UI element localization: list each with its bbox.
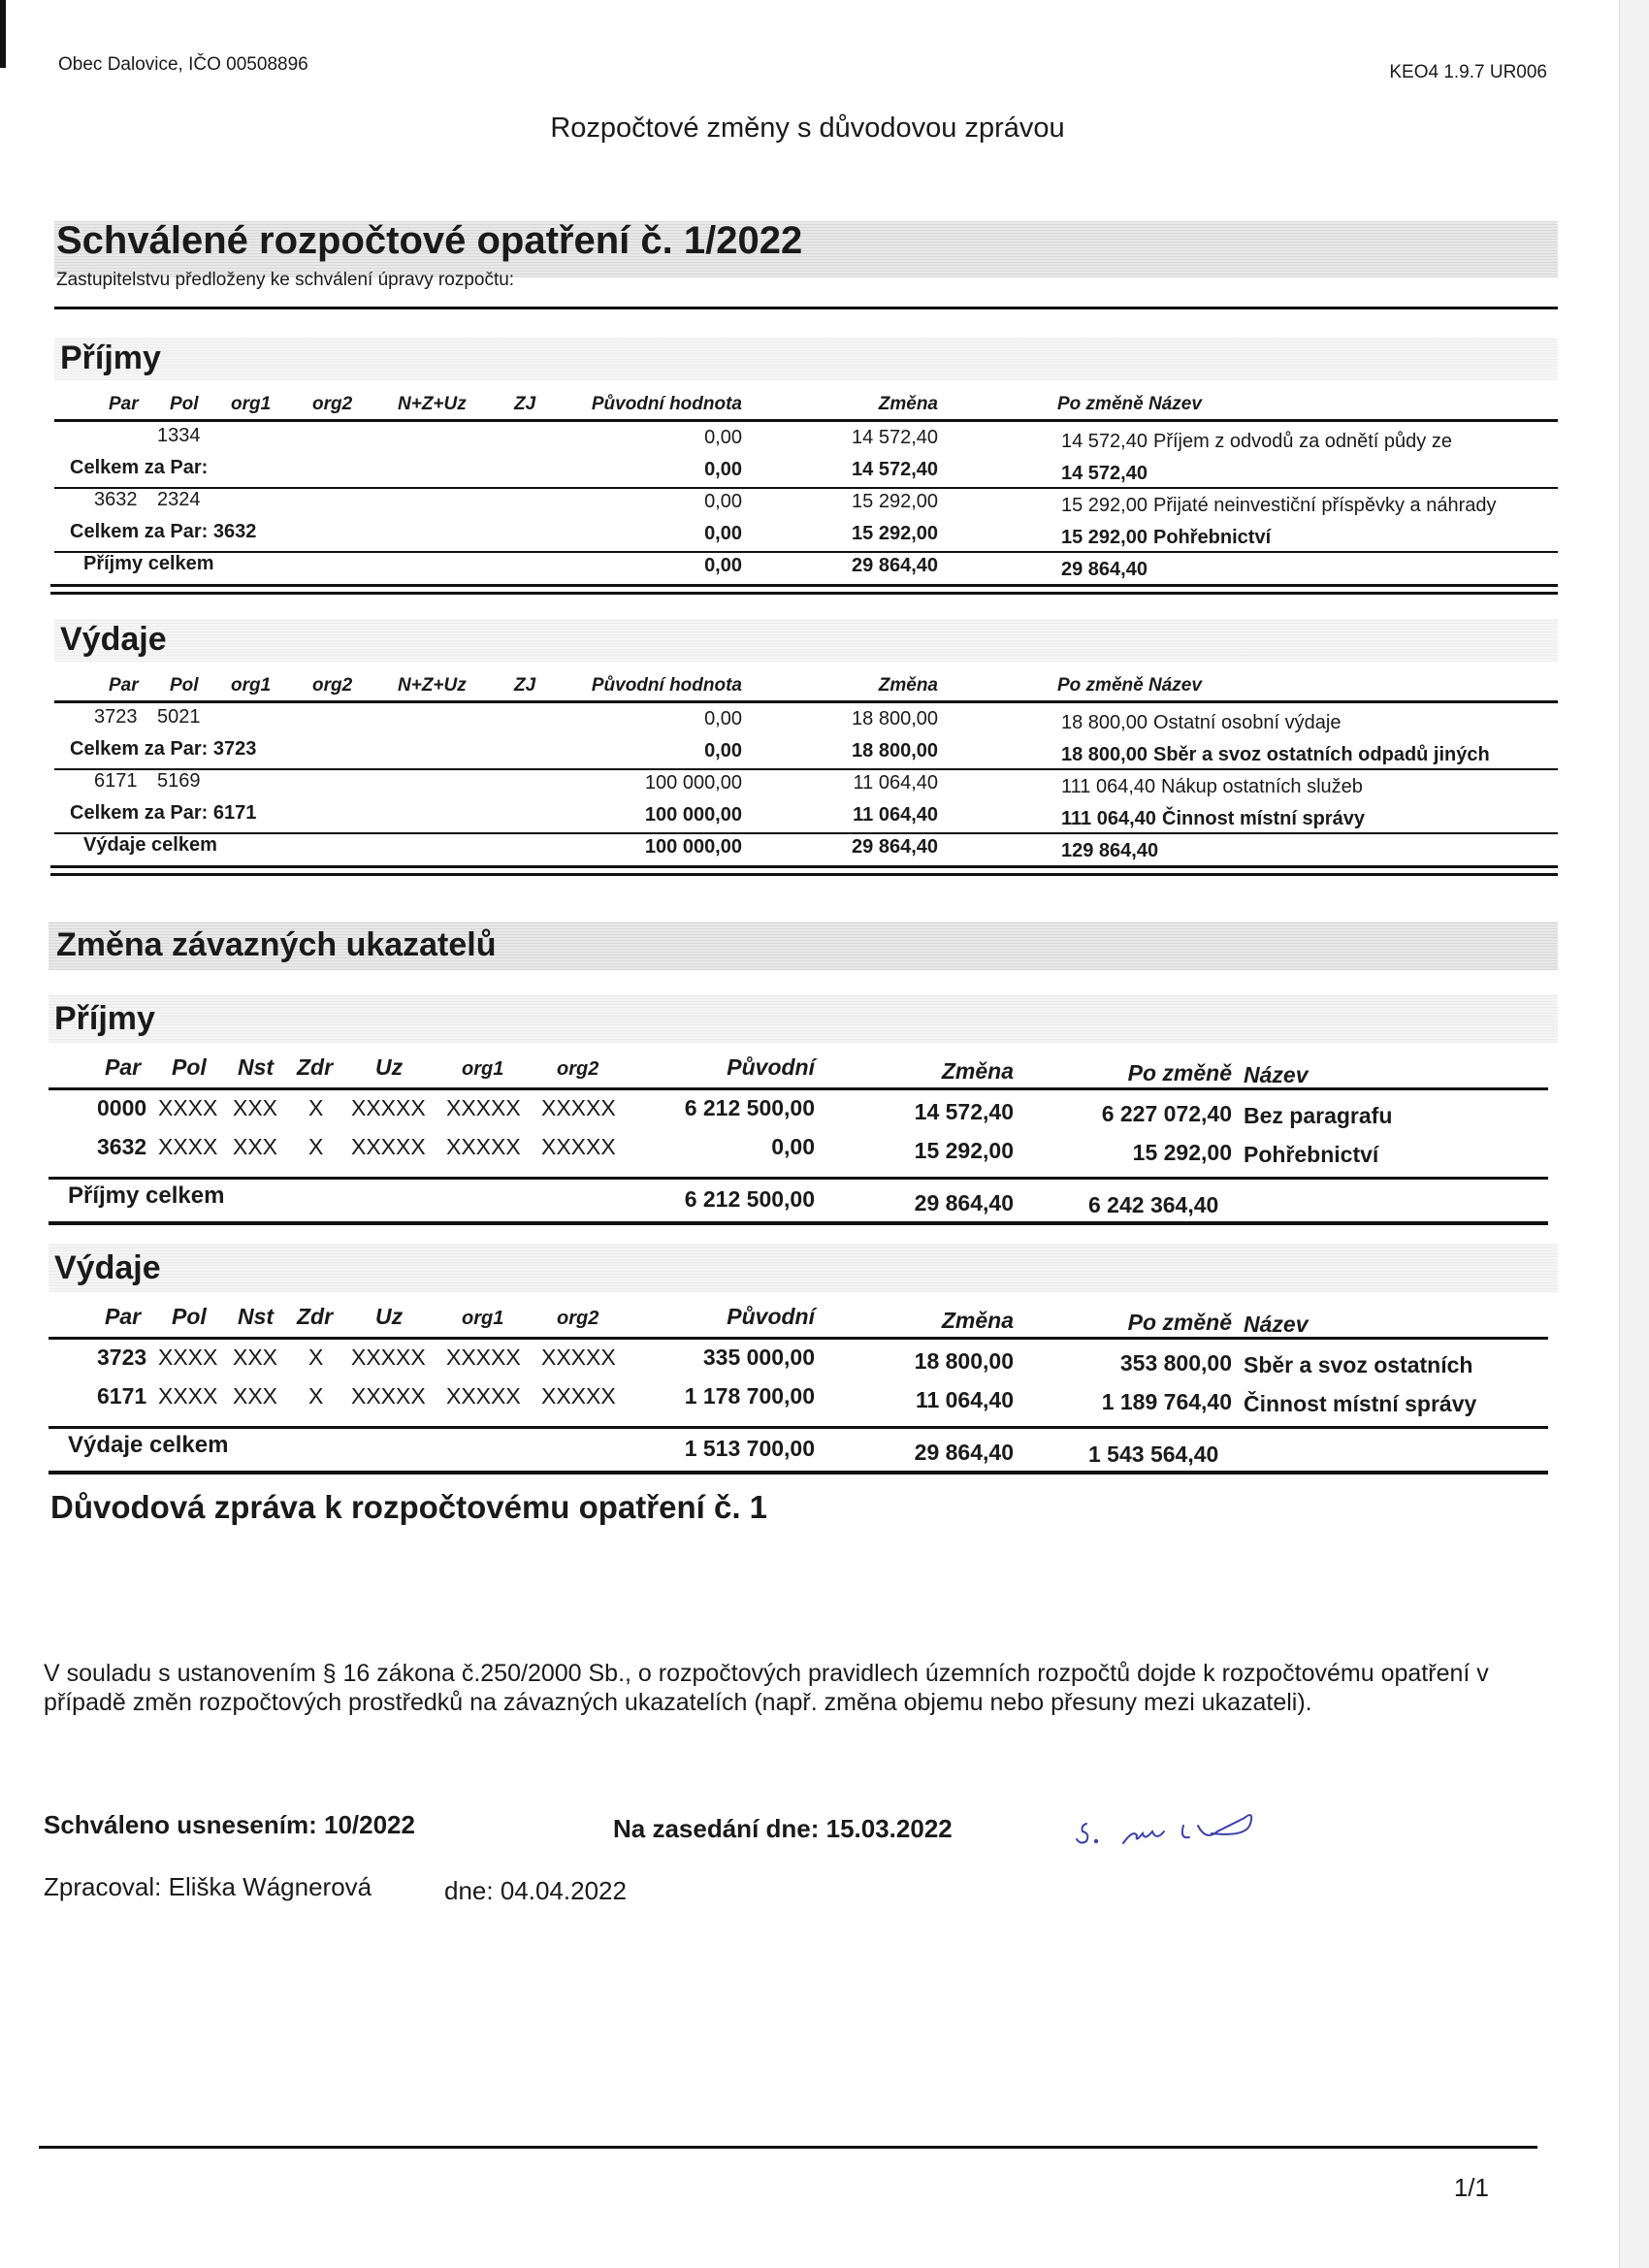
cell-original: 0,00 <box>543 740 742 762</box>
total-label: Výdaje celkem <box>83 834 217 857</box>
cell-org1: XXXXX <box>446 1383 521 1409</box>
meeting-date: Na zasedání dne: 15.03.2022 <box>613 1814 953 1844</box>
total-label: Výdaje celkem <box>68 1432 228 1459</box>
cell-pol: XXXX <box>158 1095 217 1121</box>
cell-original: 100 000,00 <box>543 772 742 794</box>
cell-org1: XXXXX <box>446 1345 521 1371</box>
column-header-name: Název <box>1244 1062 1308 1088</box>
column-header-par: Par <box>105 1054 141 1081</box>
cell-pol: 5021 <box>157 706 201 729</box>
table-rule <box>48 1471 1548 1474</box>
report-paragraph: V souladu s ustanovením § 16 zákona č.25… <box>44 1659 1537 1717</box>
cell-name: Sběr a svoz ostatních <box>1244 1352 1472 1378</box>
cell-par: 3632 <box>97 1134 146 1160</box>
cell-zdr: X <box>308 1095 323 1121</box>
cell-after: 14 572,40 <box>1061 463 1148 485</box>
cell-after: 111 064,40 <box>1061 808 1156 830</box>
table-rule <box>54 768 1558 770</box>
cell-nst: XXX <box>233 1134 277 1160</box>
cell-par: 6171 <box>94 770 138 793</box>
column-header-org2: org2 <box>557 1308 598 1330</box>
cell-change: 18 800,00 <box>834 1348 1014 1375</box>
signature-icon <box>1067 1797 1300 1860</box>
cell-after: 15 292,00 <box>1028 1140 1232 1166</box>
cell-org2: XXXXX <box>541 1134 616 1160</box>
total-change: 29 864,40 <box>757 836 938 859</box>
table-rule <box>54 487 1558 489</box>
measure-title: Schválené rozpočtové opatření č. 1/2022 <box>56 219 802 263</box>
total-change: 29 864,40 <box>757 555 938 577</box>
cell-change: 15 292,00 <box>834 1138 1014 1164</box>
cell-change: 15 292,00 <box>757 523 938 545</box>
cell-name: Nákup ostatních služeb <box>1161 776 1363 798</box>
prepared-date: dne: 04.04.2022 <box>444 1876 627 1906</box>
page-number: 1/1 <box>1454 2173 1489 2203</box>
heading-band <box>54 619 1558 662</box>
divider <box>54 307 1558 309</box>
cell-name: Činnost místní správy <box>1244 1391 1476 1417</box>
subtotal-label: Celkem za Par: 6171 <box>70 802 256 825</box>
approved-by: Schváleno usnesením: 10/2022 <box>44 1810 415 1840</box>
cell-original: 0,00 <box>543 708 742 730</box>
cell-org2: XXXXX <box>541 1345 616 1371</box>
total-original: 1 513 700,00 <box>621 1436 815 1462</box>
cell-zdr: X <box>308 1134 323 1160</box>
cell-uz: XXXXX <box>351 1134 426 1160</box>
column-header-change: Změna <box>757 394 938 415</box>
column-header-original: Původní <box>621 1054 815 1081</box>
cell-original: 0,00 <box>543 523 742 545</box>
cell-original: 0,00 <box>543 427 742 449</box>
cell-nst: XXX <box>233 1345 277 1371</box>
column-header-pol: Pol <box>172 1304 207 1330</box>
cell-par: 3723 <box>94 706 138 729</box>
column-header-zdr: Zdr <box>297 1054 333 1081</box>
total-after: 29 864,40 <box>1061 559 1148 581</box>
cell-par: 3632 <box>94 489 138 511</box>
column-header-par: Par <box>105 1304 141 1330</box>
total-original: 100 000,00 <box>543 836 742 859</box>
cell-original: 100 000,00 <box>543 804 742 826</box>
column-header-nst: Nst <box>238 1054 274 1081</box>
column-header-par: Par <box>109 394 139 415</box>
organization: Obec Dalovice, IČO 00508896 <box>58 54 308 76</box>
column-header-pol: Pol <box>170 394 199 415</box>
column-header-nst: Nst <box>238 1304 274 1330</box>
cell-name: Příjem z odvodů za odnětí půdy ze <box>1153 431 1452 453</box>
table-rule <box>48 1177 1548 1180</box>
cell-original: 0,00 <box>543 491 742 513</box>
cell-change: 15 292,00 <box>757 491 938 513</box>
cell-org1: XXXXX <box>446 1095 521 1121</box>
section-heading: Příjmy <box>54 1000 155 1038</box>
cell-uz: XXXXX <box>351 1383 426 1409</box>
column-header-after-name: Po změně Název <box>1057 394 1202 415</box>
cell-change: 18 800,00 <box>757 740 938 762</box>
cell-change: 11 064,40 <box>757 804 938 826</box>
cell-change: 11 064,40 <box>757 772 938 794</box>
cell-pol: 1334 <box>157 425 201 447</box>
subtotal-label: Celkem za Par: 3723 <box>70 738 256 761</box>
table-rule <box>54 832 1558 834</box>
cell-zdr: X <box>308 1345 323 1371</box>
table-rule <box>50 865 1558 868</box>
column-header-org1: org1 <box>462 1058 503 1081</box>
column-header-uz: Uz <box>375 1054 403 1081</box>
cell-change: 14 572,40 <box>834 1099 1014 1125</box>
cell-pol: XXXX <box>158 1383 217 1409</box>
column-header-par: Par <box>109 675 139 697</box>
table-rule <box>48 1087 1548 1090</box>
scan-edge <box>1619 0 1649 2268</box>
cell-original: 335 000,00 <box>621 1345 815 1371</box>
subtotal-label: Celkem za Par: <box>70 457 208 479</box>
total-after: 1 543 564,40 <box>1088 1442 1218 1468</box>
total-original: 0,00 <box>543 555 742 577</box>
cell-pol: 2324 <box>157 489 201 511</box>
column-header-original: Původní <box>621 1304 815 1330</box>
cell-change: 14 572,40 <box>757 459 938 481</box>
column-header-uz: Uz <box>375 1304 403 1330</box>
cell-after: 353 800,00 <box>1028 1350 1232 1377</box>
column-header-original: Původní hodnota <box>543 394 742 415</box>
cell-name: Přijaté neinvestiční příspěvky a náhrady <box>1153 495 1497 517</box>
cell-change: 11 064,40 <box>834 1387 1014 1413</box>
column-header-org1: org1 <box>462 1308 503 1330</box>
column-header-original: Původní hodnota <box>543 675 742 697</box>
cell-name: Pohřebnictví <box>1153 527 1271 549</box>
total-original: 6 212 500,00 <box>621 1186 815 1213</box>
table-rule <box>50 592 1558 595</box>
cell-original: 6 212 500,00 <box>621 1095 815 1121</box>
cell-nst: XXX <box>233 1383 277 1409</box>
cell-name: Pohřebnictví <box>1244 1142 1378 1168</box>
table-rule <box>54 551 1558 553</box>
document-title: Rozpočtové změny s důvodovou zprávou <box>0 113 1615 145</box>
total-change: 29 864,40 <box>834 1190 1014 1216</box>
cell-name: Ostatní osobní výdaje <box>1153 712 1341 734</box>
column-header-change: Změna <box>834 1058 1014 1085</box>
cell-after: 15 292,00 <box>1061 527 1148 549</box>
column-header-change: Změna <box>834 1308 1014 1334</box>
cell-uz: XXXXX <box>351 1095 426 1121</box>
cell-original: 0,00 <box>621 1134 815 1160</box>
column-header-org2: org2 <box>557 1058 598 1081</box>
column-header-after: Po změně <box>1028 1310 1232 1336</box>
cell-nst: XXX <box>233 1095 277 1121</box>
cell-after: 111 064,40 <box>1061 776 1155 798</box>
cell-par: 6171 <box>97 1383 146 1409</box>
cell-pol: XXXX <box>158 1345 217 1371</box>
cell-pol: 5169 <box>157 770 201 793</box>
column-header-zj: ZJ <box>514 394 535 415</box>
cell-org1: XXXXX <box>446 1134 521 1160</box>
prepared-by: Zpracoval: Eliška Wágnerová <box>44 1872 372 1902</box>
table-rule <box>48 1426 1548 1429</box>
cell-name: Činnost místní správy <box>1162 808 1365 830</box>
total-label: Příjmy celkem <box>68 1183 224 1210</box>
heading-band <box>48 994 1558 1043</box>
cell-after: 18 800,00 <box>1061 744 1148 766</box>
column-header-name: Název <box>1244 1312 1308 1338</box>
section-heading: Výdaje <box>60 621 167 659</box>
cell-original: 1 178 700,00 <box>621 1383 815 1409</box>
table-rule <box>50 873 1558 876</box>
footer-divider <box>39 2146 1537 2149</box>
cell-zdr: X <box>308 1383 323 1409</box>
scan-edge <box>0 0 6 68</box>
total-change: 29 864,40 <box>834 1440 1014 1466</box>
table-rule <box>50 584 1558 587</box>
cell-after: 6 227 072,40 <box>1028 1101 1232 1127</box>
cell-uz: XXXXX <box>351 1345 426 1371</box>
column-header-pol: Pol <box>170 675 199 697</box>
total-after: 6 242 364,40 <box>1088 1192 1218 1218</box>
cell-original: 0,00 <box>543 459 742 481</box>
software-version: KEO4 1.9.7 UR006 <box>1389 62 1547 83</box>
cell-after: 14 572,40 <box>1061 431 1148 453</box>
column-header-nzuz: N+Z+Uz <box>398 394 467 415</box>
column-header-zj: ZJ <box>514 675 535 697</box>
column-header-org2: org2 <box>312 394 352 415</box>
cell-par: 3723 <box>97 1345 146 1371</box>
column-header-org1: org1 <box>231 394 271 415</box>
cell-org2: XXXXX <box>541 1095 616 1121</box>
table-rule <box>48 1337 1548 1340</box>
column-header-pol: Pol <box>172 1054 207 1081</box>
cell-after: 15 292,00 <box>1061 495 1148 517</box>
column-header-org1: org1 <box>231 675 271 697</box>
column-header-after-name: Po změně Název <box>1057 675 1202 697</box>
cell-pol: XXXX <box>158 1134 217 1160</box>
heading-band <box>54 338 1558 380</box>
column-header-zdr: Zdr <box>297 1304 333 1330</box>
measure-subtitle: Zastupitelstvu předloženy ke schválení ú… <box>56 270 514 291</box>
column-header-change: Změna <box>757 675 938 697</box>
cell-name: Sběr a svoz ostatních odpadů jiných <box>1153 744 1490 766</box>
section-heading: Příjmy <box>60 340 161 377</box>
table-rule <box>54 419 1558 422</box>
cell-change: 14 572,40 <box>757 427 938 449</box>
column-header-org2: org2 <box>312 675 352 697</box>
column-header-after: Po změně <box>1028 1060 1232 1086</box>
total-label: Příjmy celkem <box>83 553 214 575</box>
subtotal-label: Celkem za Par: 3632 <box>70 521 256 543</box>
cell-name: Bez paragrafu <box>1244 1103 1392 1129</box>
cell-org2: XXXXX <box>541 1383 616 1409</box>
binding-heading: Změna závazných ukazatelů <box>56 926 497 964</box>
section-heading: Výdaje <box>54 1249 161 1287</box>
table-rule <box>54 700 1558 703</box>
cell-after: 1 189 764,40 <box>1028 1389 1232 1415</box>
column-header-nzuz: N+Z+Uz <box>398 675 467 697</box>
cell-after: 18 800,00 <box>1061 712 1148 734</box>
total-after: 129 864,40 <box>1061 840 1158 862</box>
report-heading: Důvodová zpráva k rozpočtovému opatření … <box>50 1489 767 1526</box>
heading-band <box>48 1244 1558 1292</box>
cell-change: 18 800,00 <box>757 708 938 730</box>
table-rule <box>48 1221 1548 1225</box>
cell-par: 0000 <box>97 1095 146 1121</box>
